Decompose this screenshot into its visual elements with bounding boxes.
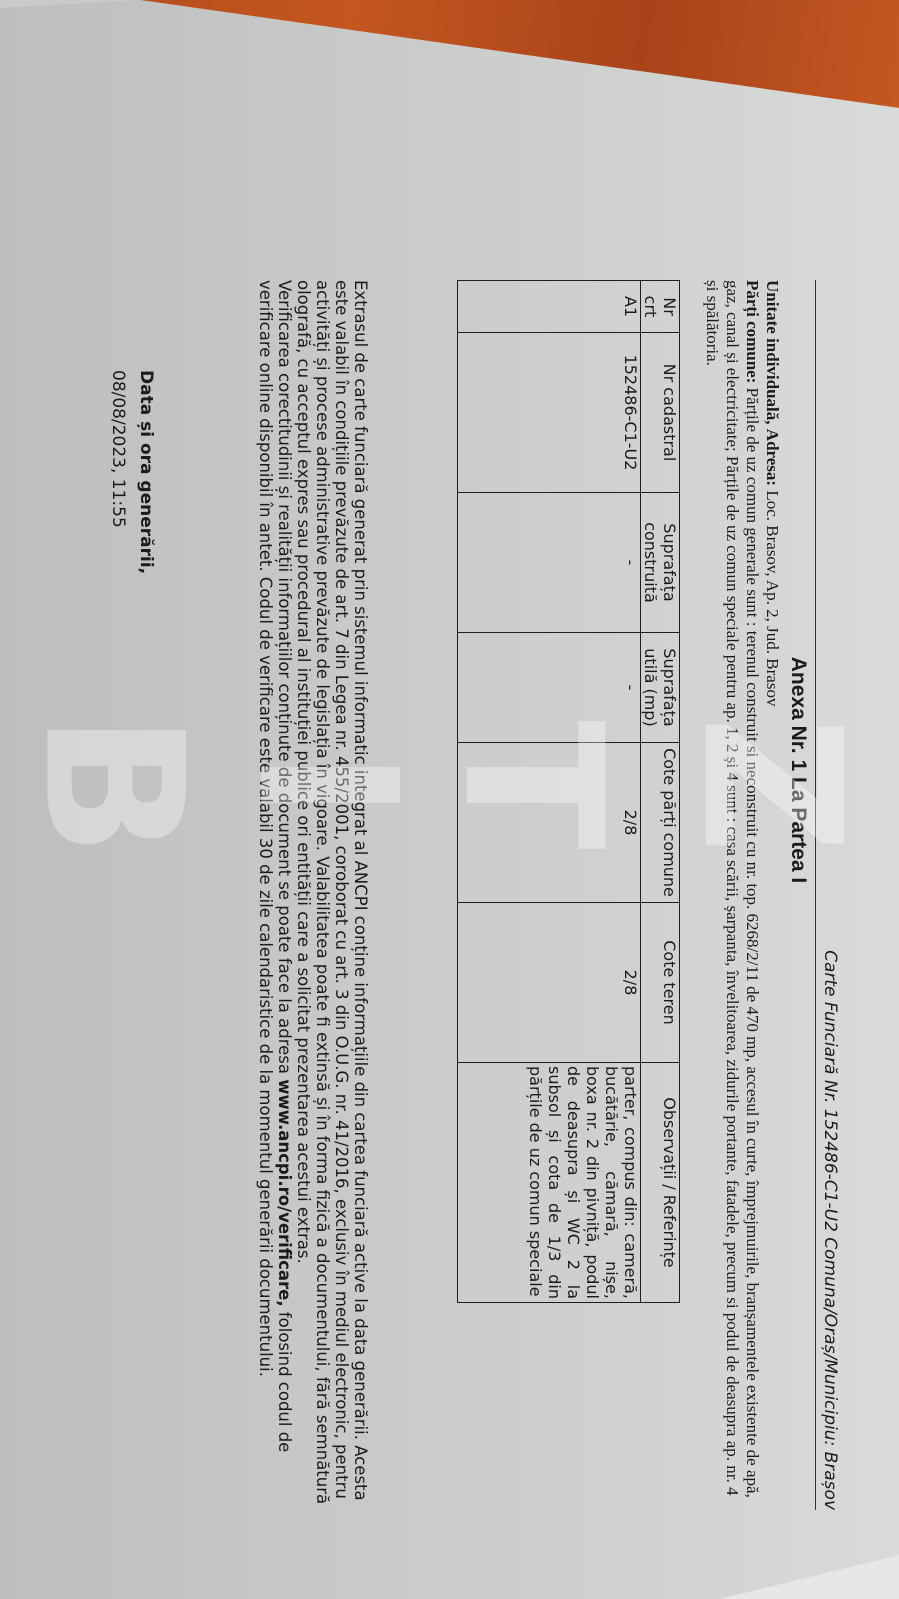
unit-description: Unitate individuală, Adresa: Loc. Brasov…: [702, 280, 782, 1510]
cell-cote-parti-comune: 2/8: [458, 743, 641, 903]
validity-paragraph: Extrasul de carte funciară generat prin …: [294, 280, 370, 1510]
unit-label: Unitate individuală,: [763, 280, 782, 425]
address-label: Adresa:: [763, 429, 782, 486]
legal-notice: Extrasul de carte funciară generat prin …: [256, 280, 370, 1510]
cell-nr-cadastral: 152486-C1-U2: [458, 333, 641, 493]
verification-paragraph: Verificarea corectitudinii și realității…: [256, 280, 294, 1510]
generation-date-label: Data și ora generării,: [132, 370, 160, 574]
verification-link[interactable]: www.ancpi.ro/verificare,: [275, 1079, 294, 1306]
address-value: Loc. Brasov, Ap. 2, Jud. Brasov: [763, 490, 782, 706]
common-parts-label: Părți comune:: [743, 280, 762, 383]
cell-suprafata-construita: -: [458, 493, 641, 633]
header-nr-crt: Nr crt: [641, 281, 680, 333]
common-parts-text: Părțile de uz comun generale sunt : tere…: [703, 280, 762, 1498]
document-header: Carte Funciară Nr. 152486-C1-U2 Comuna/O…: [815, 280, 840, 1510]
annex-title: Anexa Nr. 1 La Partea I: [786, 270, 810, 1270]
header-cote-parti-comune: Cote părți comune: [641, 743, 680, 903]
header-cote-teren: Cote teren: [641, 903, 680, 1063]
verification-text: Verificarea corectitudinii și realității…: [275, 280, 294, 1074]
header-suprafata-utila: Suprafața utilă (mp): [641, 633, 680, 743]
cell-nr-crt: A1: [458, 281, 641, 333]
header-nr-cadastral: Nr cadastral: [641, 333, 680, 493]
cell-observatii: parter, compus din: cameră, bucătărie, c…: [458, 1063, 641, 1303]
generation-date-block: Data și ora generării, 08/08/2023, 11:55: [104, 370, 160, 574]
cell-suprafata-utila: -: [458, 633, 641, 743]
cell-cote-teren: 2/8: [458, 903, 641, 1063]
units-table: Nr crt Nr cadastral Suprafața construită…: [457, 280, 680, 1303]
header-suprafata-construita: Suprafața construită: [641, 493, 680, 633]
table-row: A1 152486-C1-U2 - - 2/8 2/8 parter, comp…: [458, 281, 641, 1303]
header-observatii: Observații / Referințe: [641, 1063, 680, 1303]
document-page: Carte Funciară Nr. 152486-C1-U2 Comuna/O…: [80, 270, 840, 1570]
generation-date-value: 08/08/2023, 11:55: [104, 370, 132, 574]
table-header-row: Nr crt Nr cadastral Suprafața construită…: [641, 281, 680, 1303]
